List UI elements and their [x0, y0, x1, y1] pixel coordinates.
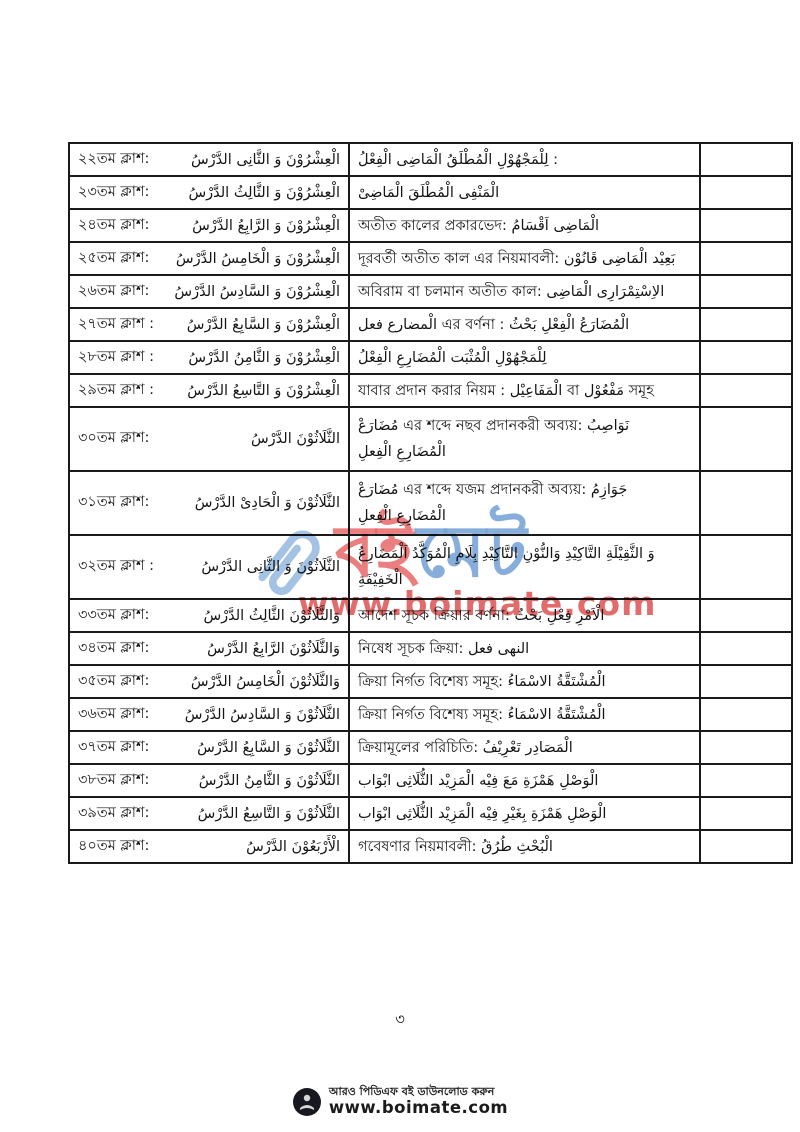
topic-cell: নিষেধ সূচক ক্রিয়া: فعل‎ النهى [349, 632, 700, 665]
lesson-name-arabic: الدَّرْسُ‎ الثَّانِى‎ وَ‎ الْعِشْرُوْنَ [191, 152, 340, 168]
class-cell-content: ২২তম ক্লাশ: الدَّرْسُ‎ الثَّانِى‎ وَ‎ ال… [78, 148, 340, 172]
document-page: ২২তম ক্লাশ: الدَّرْسُ‎ الثَّانِى‎ وَ‎ ال… [0, 0, 800, 1132]
class-cell-content: ২৫তম ক্লাশ: الدَّرْسُ‎ الْخَامِسُ‎ وَ‎ ا… [78, 247, 340, 271]
page-number-cell [700, 308, 792, 341]
topic-text: অবিরাম বা চলমান অতীত কাল: الْمَاضِى‎ الا… [358, 279, 691, 305]
lesson-name-arabic: الدَّرْسُ‎ الْحَادِىْ‎ وَ‎ الثَّلَاثُوْن… [195, 495, 340, 511]
table-row: ২৮তম ক্লাশ : الدَّرْسُ‎ الثَّامِنُ‎ وَ‎ … [69, 341, 792, 374]
topic-text: ক্রিয়ামূলের পরিচিতি: تَعْرِيْفُ‎ الْمَص… [358, 735, 691, 761]
class-cell: ২৭তম ক্লাশ : الدَّرْسُ‎ السَّابِعُ‎ وَ‎ … [69, 308, 349, 341]
lesson-name-arabic: الدَّرْسُ‎ السَّادِسُ‎ وَ‎ الْعِشْرُوْنَ [174, 284, 340, 300]
class-cell-content: ৩৩তম ক্লাশ: الدَّرْسُ‎ الثَّالِثُ‎ وَالث… [78, 604, 340, 628]
topic-cell: দূরবর্তী অতীত কাল এর নিয়মাবলী: قَانُوْن… [349, 242, 700, 275]
topic-text: مُضَارَعْ এর শব্দে নছব প্রদানকরী অব্যয়:… [358, 413, 691, 465]
topic-cell: ابْوَاب‎ الثُّلَاثِى‎ الْمَزِيْد‎ فِيْه‎… [349, 764, 700, 797]
topic-cell: ক্রিয়ামূলের পরিচিতি: تَعْرِيْفُ‎ الْمَص… [349, 731, 700, 764]
table-row: ৩৬তম ক্লাশ: الدَّرْسُ‎ السَّادِسُ‎ وَ‎ ا… [69, 698, 792, 731]
topic-cell: مُضَارَعْ এর শব্দে নছব প্রদানকরী অব্যয়:… [349, 407, 700, 471]
boimate-logo-icon [292, 1087, 322, 1117]
class-cell-content: ৩৮তম ক্লাশ: الدَّرْسُ‎ الثَّامِنُ‎ وَ‎ ا… [78, 769, 340, 793]
lesson-name-arabic: الدَّرْسُ‎ الثَّالِثُ‎ وَالثَّلَاثُوْنَ [203, 608, 340, 624]
table-row: ৩৫তম ক্লাশ: الدَّرْسُ‎ الْخَامِسُ‎ وَالث… [69, 665, 792, 698]
topic-cell: গবেষণার নিয়মাবলী: طُرُقُ‎ الْبُحْثِ [349, 830, 700, 863]
table-row: ২৯তম ক্লাশ : الدَّرْسُ‎ التَّاسِعُ‎ وَ‎ … [69, 374, 792, 407]
class-label-bengali: ৩৩তম ক্লাশ: [78, 604, 149, 628]
topic-text: الْفِعْلُ‎ الْمُضَارِعِ‎ الْمُثْبَت‎ لِل… [358, 345, 691, 371]
class-cell: ২৬তম ক্লাশ: الدَّرْسُ‎ السَّادِسُ‎ وَ‎ ا… [69, 275, 349, 308]
page-number-cell [700, 242, 792, 275]
lesson-name-arabic: الدَّرْسُ‎ التَّاسِعُ‎ وَ‎ الثَّلَاثُوْن… [198, 806, 340, 822]
page-number-cell [700, 471, 792, 535]
class-cell-content: ৪০তম ক্লাশ: الدَّرْسُ‎ الْأَرْبَعُوْنَ [78, 835, 340, 859]
class-label-bengali: ৪০তম ক্লাশ: [78, 835, 149, 859]
table-row: ৩৭তম ক্লাশ: الدَّرْسُ‎ السَّابِعُ‎ وَ‎ ا… [69, 731, 792, 764]
table-row: ৩৮তম ক্লাশ: الدَّرْسُ‎ الثَّامِنُ‎ وَ‎ ا… [69, 764, 792, 797]
page-number-cell [700, 407, 792, 471]
lesson-name-arabic: الدَّرْسُ‎ الْأَرْبَعُوْنَ [246, 839, 340, 855]
contents-table: ২২তম ক্লাশ: الدَّرْسُ‎ الثَّانِى‎ وَ‎ ال… [68, 142, 793, 864]
topic-cell: الْفِعْلُ‎ الْمَاضِى‎ الْمُطْلَقُ‎ لِلْم… [349, 143, 700, 176]
class-cell: ২৩তম ক্লাশ: الدَّرْسُ‎ الثَّالِثُ‎ وَ‎ ا… [69, 176, 349, 209]
class-cell: ৪০তম ক্লাশ: الدَّرْسُ‎ الْأَرْبَعُوْنَ [69, 830, 349, 863]
topic-cell: অবিরাম বা চলমান অতীত কাল: الْمَاضِى‎ الا… [349, 275, 700, 308]
topic-text: مُضَارَعْ এর শব্দে যজম প্রদানকরী অব্যয়:… [358, 477, 691, 529]
page-number-cell [700, 830, 792, 863]
topic-text: নিষেধ সূচক ক্রিয়া: فعل‎ النهى [358, 636, 691, 662]
lesson-name-arabic: الدَّرْسُ‎ السَّابِعُ‎ وَ‎ الثَّلَاثُوْن… [197, 740, 340, 756]
page-number-cell [700, 599, 792, 632]
topic-text: দূরবর্তী অতীত কাল এর নিয়মাবলী: قَانُوْن… [358, 246, 691, 272]
class-label-bengali: ২৯তম ক্লাশ : [78, 379, 154, 403]
class-label-bengali: ৩১তম ক্লাশ: [78, 491, 149, 515]
class-cell: ৩২তম ক্লাশ : الدَّرْسُ‎ الثَّانِى‎ وَ‎ ا… [69, 535, 349, 599]
class-cell-content: ২৯তম ক্লাশ : الدَّرْسُ‎ التَّاسِعُ‎ وَ‎ … [78, 379, 340, 403]
class-cell-content: ২৪তম ক্লাশ: الدَّرْسُ‎ الرَّابِعُ‎ وَ‎ ا… [78, 214, 340, 238]
page-number: ৩ [0, 1008, 800, 1033]
page-number-cell [700, 374, 792, 407]
topic-text: ক্রিয়া নির্গত বিশেষ্য সমূহ: الاسْمَاءُ‎… [358, 669, 691, 695]
table-row: ২৬তম ক্লাশ: الدَّرْسُ‎ السَّادِسُ‎ وَ‎ ا… [69, 275, 792, 308]
lesson-name-arabic: الدَّرْسُ‎ التَّاسِعُ‎ وَ‎ الْعِشْرُوْنَ [187, 383, 340, 399]
topic-text: অতীত কালের প্রকারভেদ: اَقْسَامُ‎ الْمَاض… [358, 213, 691, 239]
topic-text: الْفِعْلُ‎ الْمَاضِى‎ الْمُطْلَقُ‎ لِلْم… [358, 147, 691, 173]
table-row: ২৫তম ক্লাশ: الدَّرْسُ‎ الْخَامِسُ‎ وَ‎ ا… [69, 242, 792, 275]
footer-site-url: www.boimate.com [329, 1099, 508, 1118]
class-label-bengali: ২৫তম ক্লাশ: [78, 247, 149, 271]
topic-text: الْمَاضِىْ‎ الْمُطْلَقَ‎ الْمَنْفِى [358, 180, 691, 206]
class-cell: ৩৭তম ক্লাশ: الدَّرْسُ‎ السَّابِعُ‎ وَ‎ ا… [69, 731, 349, 764]
class-cell: ২৯তম ক্লাশ : الدَّرْسُ‎ التَّاسِعُ‎ وَ‎ … [69, 374, 349, 407]
class-cell: ২২তম ক্লাশ: الدَّرْسُ‎ الثَّانِى‎ وَ‎ ال… [69, 143, 349, 176]
page-number-cell [700, 665, 792, 698]
table-row: ৩৯তম ক্লাশ: الدَّرْسُ‎ التَّاسِعُ‎ وَ‎ ا… [69, 797, 792, 830]
topic-cell: الْمَاضِىْ‎ الْمُطْلَقَ‎ الْمَنْفِى [349, 176, 700, 209]
page-number-cell [700, 698, 792, 731]
topic-text: আদেশ সূচক ক্রিয়ার বর্ণনা: بَحْثُ‎ فِعْل… [358, 603, 691, 629]
topic-cell: অতীত কালের প্রকারভেদ: اَقْسَامُ‎ الْمَاض… [349, 209, 700, 242]
class-cell: ৩৬তম ক্লাশ: الدَّرْسُ‎ السَّادِسُ‎ وَ‎ ا… [69, 698, 349, 731]
topic-cell: আদেশ সূচক ক্রিয়ার বর্ণনা: بَحْثُ‎ فِعْل… [349, 599, 700, 632]
class-cell-content: ৩৫তম ক্লাশ: الدَّرْسُ‎ الْخَامِسُ‎ وَالث… [78, 670, 340, 694]
class-cell: ৩৯তম ক্লাশ: الدَّرْسُ‎ التَّاسِعُ‎ وَ‎ ا… [69, 797, 349, 830]
class-label-bengali: ৩৮তম ক্লাশ: [78, 769, 149, 793]
lesson-name-arabic: الدَّرْسُ‎ السَّادِسُ‎ وَ‎ الثَّلَاثُوْن… [185, 707, 340, 723]
class-label-bengali: ৩৯তম ক্লাশ: [78, 802, 149, 826]
lesson-name-arabic: الدَّرْسُ‎ السَّابِعُ‎ وَ‎ الْعِشْرُوْنَ [187, 317, 340, 333]
table-row: ৩২তম ক্লাশ : الدَّرْسُ‎ الثَّانِى‎ وَ‎ ا… [69, 535, 792, 599]
class-label-bengali: ৩২তম ক্লাশ : [78, 555, 154, 579]
topic-text: فعل‎ الْمضارع এর বর্ণনা : بَحْثُ‎ الْفِع… [358, 312, 691, 338]
page-number-cell [700, 209, 792, 242]
topic-text: যাবার প্রদান করার নিয়ম : الْمَفَاعِيْل … [358, 378, 691, 404]
topic-cell: ক্রিয়া নির্গত বিশেষ্য সমূহ: الاسْمَاءُ‎… [349, 665, 700, 698]
class-cell: ২৫তম ক্লাশ: الدَّرْسُ‎ الْخَامِسُ‎ وَ‎ ا… [69, 242, 349, 275]
class-cell-content: ৩৬তম ক্লাশ: الدَّرْسُ‎ السَّادِسُ‎ وَ‎ ا… [78, 703, 340, 727]
class-cell: ৩৮তম ক্লাশ: الدَّرْسُ‎ الثَّامِنُ‎ وَ‎ ا… [69, 764, 349, 797]
class-cell-content: ৩৯তম ক্লাশ: الدَّرْسُ‎ التَّاسِعُ‎ وَ‎ ا… [78, 802, 340, 826]
class-label-bengali: ২২তম ক্লাশ: [78, 148, 149, 172]
footer: আরও পিডিএফ বই ডাউনলোড করুন www.boimate.c… [0, 1086, 800, 1118]
class-label-bengali: ৩৭তম ক্লাশ: [78, 736, 149, 760]
page-number-cell [700, 632, 792, 665]
lesson-name-arabic: الدَّرْسُ‎ الثَّانِى‎ وَ‎ الثَّلَاثُوْنَ [201, 559, 340, 575]
topic-text: اَلْمَضَارِعُ‎ الْمُوَكَّدُ‎ بِلَامِ‎ ال… [358, 541, 691, 593]
lesson-name-arabic: الدَّرْسُ‎ الرَّابِعُ‎ وَ‎ الْعِشْرُوْنَ [192, 218, 340, 234]
class-label-bengali: ২৭তম ক্লাশ : [78, 313, 154, 337]
table-row: ৩১তম ক্লাশ: الدَّرْسُ‎ الْحَادِىْ‎ وَ‎ ا… [69, 471, 792, 535]
topic-cell: ক্রিয়া নির্গত বিশেষ্য সমূহ: الاسْمَاءُ‎… [349, 698, 700, 731]
lesson-name-arabic: الدَّرْسُ‎ الْخَامِسُ‎ وَ‎ الْعِشْرُوْنَ [176, 251, 340, 267]
class-cell-content: ৩৭তম ক্লাশ: الدَّرْسُ‎ السَّابِعُ‎ وَ‎ ا… [78, 736, 340, 760]
class-cell-content: ৩২তম ক্লাশ : الدَّرْسُ‎ الثَّانِى‎ وَ‎ ا… [78, 555, 340, 579]
class-cell-content: ৩১তম ক্লাশ: الدَّرْسُ‎ الْحَادِىْ‎ وَ‎ ا… [78, 491, 340, 515]
lesson-name-arabic: الدَّرْسُ‎ الْخَامِسُ‎ وَالثَّلَاثُوْنَ [191, 674, 340, 690]
page-number-cell [700, 341, 792, 374]
lesson-name-arabic: الدَّرْسُ‎ الثَّامِنُ‎ وَ‎ الْعِشْرُوْنَ [188, 350, 340, 366]
page-number-cell [700, 176, 792, 209]
class-label-bengali: ২৬তম ক্লাশ: [78, 280, 149, 304]
class-cell: ৩৪তম ক্লাশ: الدَّرْسُ‎ الرَّابِعُ‎ وَالث… [69, 632, 349, 665]
class-cell-content: ২৭তম ক্লাশ : الدَّرْسُ‎ السَّابِعُ‎ وَ‎ … [78, 313, 340, 337]
class-cell: ৩৫তম ক্লাশ: الدَّرْسُ‎ الْخَامِسُ‎ وَالث… [69, 665, 349, 698]
lesson-name-arabic: الدَّرْسُ‎ الثَّلَاثُوْنَ [251, 431, 340, 447]
table-row: ২৩তম ক্লাশ: الدَّرْسُ‎ الثَّالِثُ‎ وَ‎ ا… [69, 176, 792, 209]
page-number-cell [700, 764, 792, 797]
class-label-bengali: ৩০তম ক্লাশ: [78, 427, 149, 451]
table-row: ২৪তম ক্লাশ: الدَّرْسُ‎ الرَّابِعُ‎ وَ‎ ا… [69, 209, 792, 242]
class-label-bengali: ২৮তম ক্লাশ : [78, 346, 154, 370]
table-row: ২৭তম ক্লাশ : الدَّرْسُ‎ السَّابِعُ‎ وَ‎ … [69, 308, 792, 341]
footer-tagline: আরও পিডিএফ বই ডাউনলোড করুন [329, 1086, 508, 1099]
page-number-cell [700, 535, 792, 599]
class-label-bengali: ৩৪তম ক্লাশ: [78, 637, 149, 661]
class-cell: ২৪তম ক্লাশ: الدَّرْسُ‎ الرَّابِعُ‎ وَ‎ ا… [69, 209, 349, 242]
class-cell-content: ২৬তম ক্লাশ: الدَّرْسُ‎ السَّادِسُ‎ وَ‎ ا… [78, 280, 340, 304]
topic-text: ক্রিয়া নির্গত বিশেষ্য সমূহ: الاسْمَاءُ‎… [358, 702, 691, 728]
class-label-bengali: ২৩তম ক্লাশ: [78, 181, 149, 205]
topic-text: ابْوَاب‎ الثُّلَاثِى‎ الْمَزِيْد‎ فِيْه‎… [358, 801, 691, 827]
topic-cell: مُضَارَعْ এর শব্দে যজম প্রদানকরী অব্যয়:… [349, 471, 700, 535]
class-cell-content: ৩০তম ক্লাশ: الدَّرْسُ‎ الثَّلَاثُوْنَ [78, 427, 340, 451]
table-row: ৩৩তম ক্লাশ: الدَّرْسُ‎ الثَّالِثُ‎ وَالث… [69, 599, 792, 632]
class-cell-content: ৩৪তম ক্লাশ: الدَّرْسُ‎ الرَّابِعُ‎ وَالث… [78, 637, 340, 661]
class-cell: ৩০তম ক্লাশ: الدَّرْسُ‎ الثَّلَاثُوْنَ [69, 407, 349, 471]
page-number-cell [700, 731, 792, 764]
class-cell-content: ২৩তম ক্লাশ: الدَّرْسُ‎ الثَّالِثُ‎ وَ‎ ا… [78, 181, 340, 205]
class-cell: ২৮তম ক্লাশ : الدَّرْسُ‎ الثَّامِنُ‎ وَ‎ … [69, 341, 349, 374]
table-row: ২২তম ক্লাশ: الدَّرْسُ‎ الثَّانِى‎ وَ‎ ال… [69, 143, 792, 176]
footer-text: আরও পিডিএফ বই ডাউনলোড করুন www.boimate.c… [329, 1086, 508, 1118]
lesson-name-arabic: الدَّرْسُ‎ الرَّابِعُ‎ وَالثَّلَاثُوْنَ [207, 641, 340, 657]
topic-text: ابْوَاب‎ الثُّلَاثِى‎ الْمَزِيْد‎ فِيْه‎… [358, 768, 691, 794]
class-cell-content: ২৮তম ক্লাশ : الدَّرْسُ‎ الثَّامِنُ‎ وَ‎ … [78, 346, 340, 370]
page-number-cell [700, 143, 792, 176]
topic-cell: اَلْمَضَارِعُ‎ الْمُوَكَّدُ‎ بِلَامِ‎ ال… [349, 535, 700, 599]
topic-cell: ابْوَاب‎ الثُّلَاثِى‎ الْمَزِيْد‎ فِيْه‎… [349, 797, 700, 830]
class-cell: ৩৩তম ক্লাশ: الدَّرْسُ‎ الثَّالِثُ‎ وَالث… [69, 599, 349, 632]
topic-cell: فعل‎ الْمضارع এর বর্ণনা : بَحْثُ‎ الْفِع… [349, 308, 700, 341]
page-number-cell [700, 275, 792, 308]
topic-cell: الْفِعْلُ‎ الْمُضَارِعِ‎ الْمُثْبَت‎ لِل… [349, 341, 700, 374]
table-row: ৪০তম ক্লাশ: الدَّرْسُ‎ الْأَرْبَعُوْنَ গ… [69, 830, 792, 863]
topic-text: গবেষণার নিয়মাবলী: طُرُقُ‎ الْبُحْثِ [358, 834, 691, 860]
table-row: ৩৪তম ক্লাশ: الدَّرْسُ‎ الرَّابِعُ‎ وَالث… [69, 632, 792, 665]
page-number-cell [700, 797, 792, 830]
class-label-bengali: ৩৫তম ক্লাশ: [78, 670, 149, 694]
topic-cell: যাবার প্রদান করার নিয়ম : الْمَفَاعِيْل … [349, 374, 700, 407]
lesson-name-arabic: الدَّرْسُ‎ الثَّامِنُ‎ وَ‎ الثَّلَاثُوْن… [199, 773, 340, 789]
table-row: ৩০তম ক্লাশ: الدَّرْسُ‎ الثَّلَاثُوْنَ مُ… [69, 407, 792, 471]
class-label-bengali: ২৪তম ক্লাশ: [78, 214, 149, 238]
class-cell: ৩১তম ক্লাশ: الدَّرْسُ‎ الْحَادِىْ‎ وَ‎ ا… [69, 471, 349, 535]
class-label-bengali: ৩৬তম ক্লাশ: [78, 703, 149, 727]
lesson-name-arabic: الدَّرْسُ‎ الثَّالِثُ‎ وَ‎ الْعِشْرُوْنَ [188, 185, 340, 201]
